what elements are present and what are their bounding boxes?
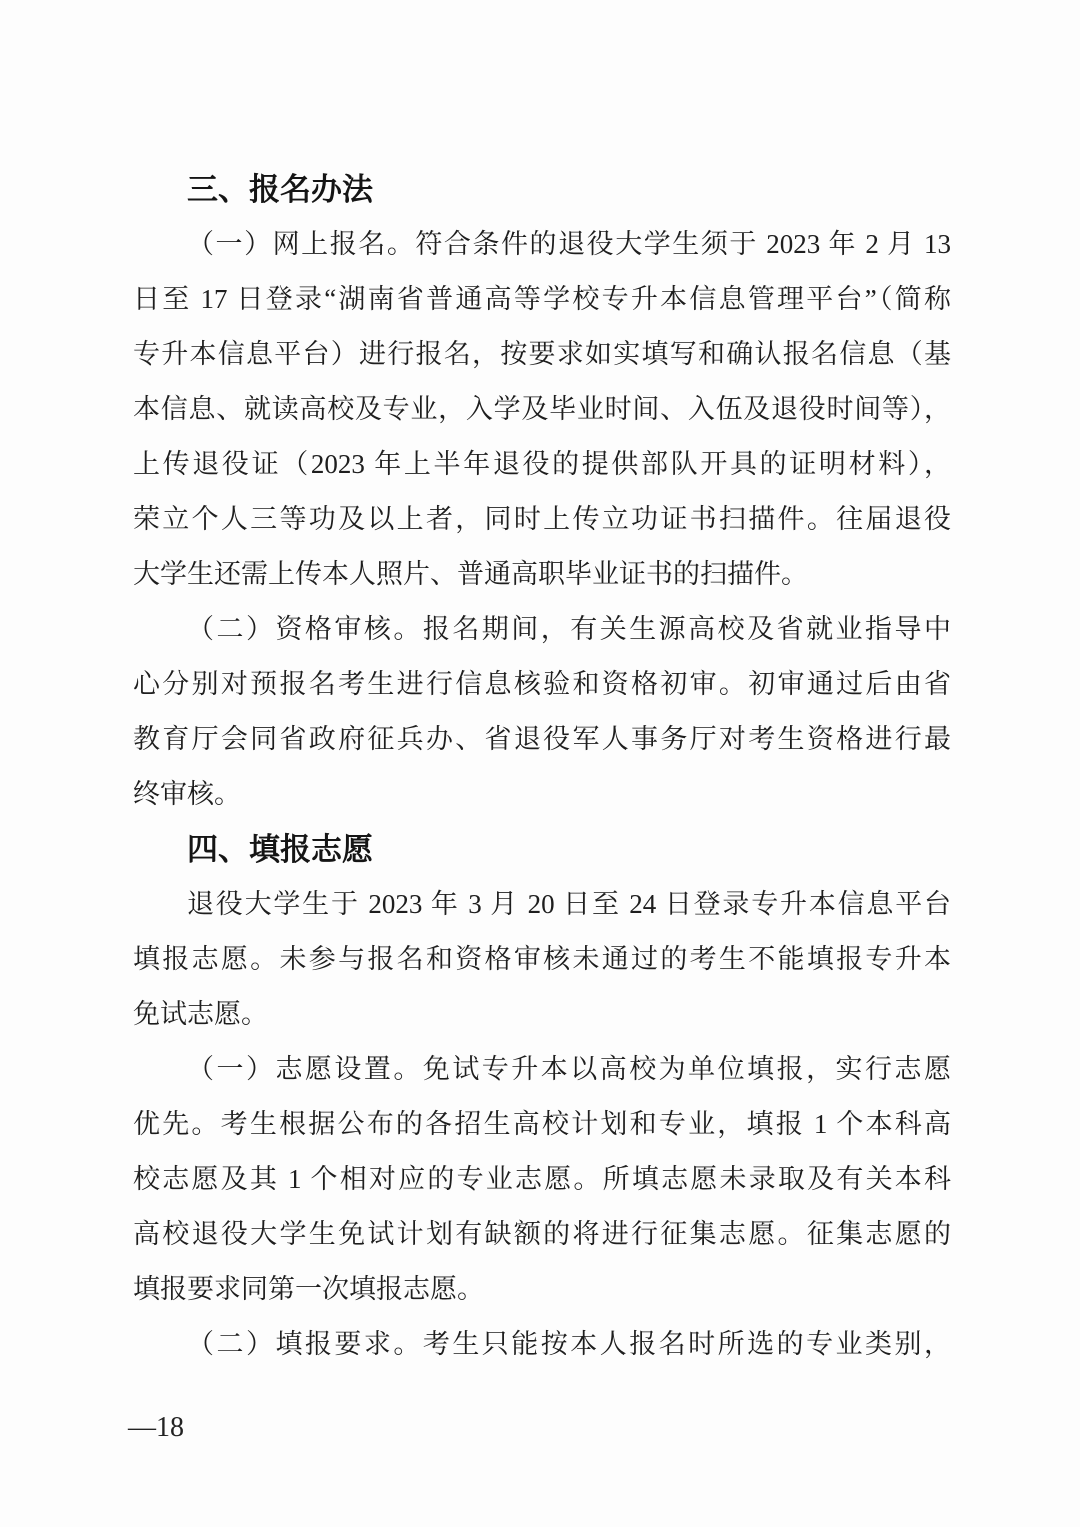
paragraph-line: （二）填报要求。考生只能按本人报名时所选的专业类别， <box>133 1317 951 1372</box>
paragraph-line: （一）网上报名。符合条件的退役大学生须于 2023 年 2 月 13 <box>133 217 951 272</box>
paragraph-line: 日至 17 日登录“湖南省普通高等学校专升本信息管理平台”（简称 <box>133 272 951 327</box>
paragraph-line: 本信息、就读高校及专业，入学及毕业时间、入伍及退役时间等）， <box>133 382 951 437</box>
paragraph-line: 专升本信息平台）进行报名，按要求如实填写和确认报名信息（基 <box>133 327 951 382</box>
paragraph-line: 教育厅会同省政府征兵办、省退役军人事务厅对考生资格进行最 <box>133 712 951 767</box>
paragraph-line: 填报要求同第一次填报志愿。 <box>133 1262 951 1317</box>
paragraph-line: 校志愿及其 1 个相对应的专业志愿。所填志愿未录取及有关本科 <box>133 1152 951 1207</box>
paragraph-line: 大学生还需上传本人照片、普通高职毕业证书的扫描件。 <box>133 547 951 602</box>
document-content: 三、报名办法（一）网上报名。符合条件的退役大学生须于 2023 年 2 月 13… <box>133 162 951 1372</box>
paragraph-line: 荣立个人三等功及以上者，同时上传立功证书扫描件。往届退役 <box>133 492 951 547</box>
paragraph-line: 高校退役大学生免试计划有缺额的将进行征集志愿。征集志愿的 <box>133 1207 951 1262</box>
paragraph-line: 优先。考生根据公布的各招生高校计划和专业，填报 1 个本科高 <box>133 1097 951 1152</box>
document-page: 三、报名办法（一）网上报名。符合条件的退役大学生须于 2023 年 2 月 13… <box>0 0 1080 1527</box>
paragraph-line: 心分别对预报名考生进行信息核验和资格初审。初审通过后由省 <box>133 657 951 712</box>
paragraph-line: 免试志愿。 <box>133 987 951 1042</box>
section-heading: 三、报名办法 <box>133 162 951 217</box>
paragraph-line: 退役大学生于 2023 年 3 月 20 日至 24 日登录专升本信息平台 <box>133 877 951 932</box>
page-number: —18 <box>128 1408 184 1448</box>
paragraph-line: 填报志愿。未参与报名和资格审核未通过的考生不能填报专升本 <box>133 932 951 987</box>
paragraph-line: （二）资格审核。报名期间，有关生源高校及省就业指导中 <box>133 602 951 657</box>
paragraph-line: 上传退役证（2023 年上半年退役的提供部队开具的证明材料）， <box>133 437 951 492</box>
paragraph-line: 终审核。 <box>133 767 951 822</box>
paragraph-line: （一）志愿设置。免试专升本以高校为单位填报，实行志愿 <box>133 1042 951 1097</box>
section-heading: 四、填报志愿 <box>133 822 951 877</box>
